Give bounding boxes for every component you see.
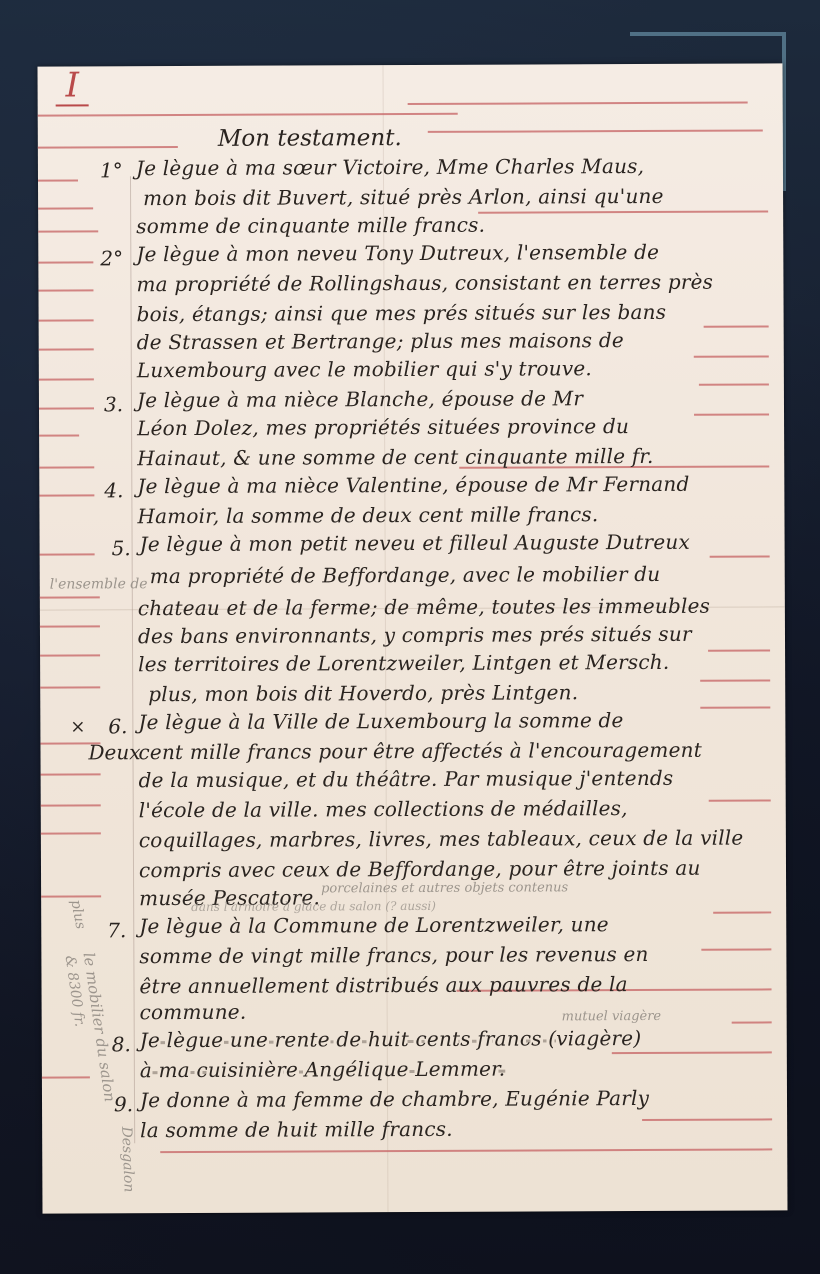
item-number: 6. [108, 714, 127, 738]
item-line: Hamoir, la somme de deux cent mille fran… [137, 502, 598, 528]
line-rule [699, 383, 769, 385]
margin-rule [38, 230, 98, 232]
item-number: 3. [104, 392, 123, 416]
item-number: 7. [107, 918, 126, 942]
item-number: 2° [100, 246, 123, 270]
item-line: somme de cinquante mille francs. [136, 213, 485, 239]
margin-note-pencil: le mobilier du salon [80, 951, 119, 1103]
margin-rule [42, 1076, 90, 1078]
margin-rule [41, 895, 101, 897]
item-line: plus, mon bois dit Hoverdo, près Lintgen… [148, 680, 578, 706]
margin-rule [41, 832, 101, 834]
margin-rule [39, 494, 94, 496]
margin-rule [39, 319, 94, 321]
item-line: coquillages, marbres, livres, mes tablea… [139, 826, 744, 853]
margin-rule [40, 553, 95, 555]
item-line: Je lègue à ma nièce Valentine, épouse de… [137, 472, 689, 498]
item-line: Je donne à ma femme de chambre, Eugénie … [140, 1086, 649, 1112]
item-line: cent mille francs pour être affectés à l… [138, 738, 702, 764]
item-line-struck: à ma cuisinière Angélique Lemmer. [140, 1057, 505, 1083]
line-rule [612, 1051, 772, 1053]
item-number: 1° [100, 158, 123, 182]
item-line: de Strassen et Bertrange; plus mes maiso… [137, 328, 624, 354]
item-line: Je lègue à la Commune de Lorentzweiler, … [139, 912, 609, 938]
item-line: Je lègue à ma nièce Blanche, épouse de M… [137, 386, 583, 412]
section-mark: I [56, 68, 90, 106]
margin-rule [40, 596, 100, 598]
top-rule [408, 102, 748, 105]
item-number: 5. [112, 536, 131, 560]
line-rule [710, 555, 770, 557]
item-line: Hainaut, & une somme de cent cinquante m… [137, 444, 653, 470]
margin-rule [40, 654, 100, 656]
line-rule [478, 210, 768, 213]
line-rule [713, 911, 771, 913]
margin-note-ink: Deux [88, 740, 140, 764]
line-rule [732, 1021, 772, 1023]
margin-rule [39, 378, 94, 380]
item-line: mon bois dit Buvert, situé près Arlon, a… [143, 184, 664, 210]
margin-rule [39, 407, 94, 409]
title-rule [428, 129, 763, 132]
item-line: compris avec ceux de Beffordange, pour ê… [139, 856, 701, 882]
item-line: Je lègue à mon neveu Tony Dutreux, l'ens… [136, 240, 659, 266]
item-line: la somme de huit mille francs. [140, 1117, 453, 1142]
margin-cross-mark: × [70, 716, 85, 737]
top-rule [38, 113, 458, 116]
item-line: Je lègue à la Ville de Luxembourg la som… [138, 708, 623, 734]
line-rule [701, 948, 771, 950]
item-line: Je lègue à ma sœur Victoire, Mme Charles… [136, 154, 644, 180]
interlinear-pencil-note: mutuel viagère [562, 1009, 662, 1024]
item-line: des bans environnants, y compris mes pré… [138, 622, 692, 648]
margin-rule [38, 289, 93, 291]
margin-rule [39, 348, 94, 350]
margin-rule [41, 804, 101, 806]
margin-note-pencil: l'ensemble de [50, 576, 148, 592]
interlinear-pencil-note: dans l'armoire à glace du salon (? aussi… [191, 899, 436, 914]
item-line: Luxembourg avec le mobilier qui s'y trou… [137, 356, 592, 382]
item-line: bois, étangs; ainsi que mes prés situés … [137, 300, 667, 326]
item-line-struck: Je lègue une rente de huit cents francs … [140, 1026, 642, 1052]
item-line: être annuellement distribués aux pauvres… [139, 972, 627, 998]
item-line: somme de vingt mille francs, pour les re… [139, 942, 648, 968]
margin-rule [39, 434, 79, 436]
bottom-rule [160, 1148, 772, 1152]
item-line: l'école de la ville. mes collections de … [139, 796, 628, 822]
item-line: Je lègue à mon petit neveu et filleul Au… [140, 530, 690, 556]
margin-line [130, 176, 135, 1143]
margin-rule [39, 466, 94, 468]
item-line: ma propriété de Beffordange, avec le mob… [150, 562, 661, 588]
item-line: les territoires de Lorentzweiler, Lintge… [138, 650, 669, 676]
manuscript-page: I Mon testament. 1° Je lègue à ma sœur V… [38, 63, 788, 1213]
line-rule [642, 1118, 772, 1120]
item-line: de la musique, et du théâtre. Par musiqu… [139, 766, 674, 792]
line-rule [700, 706, 770, 708]
item-line: Léon Dolez, mes propriétés situées provi… [137, 414, 629, 440]
line-rule [708, 649, 770, 651]
item-line: commune. [140, 1000, 247, 1024]
margin-rule [38, 261, 93, 263]
margin-note-pencil: Desgalon [118, 1126, 137, 1193]
line-rule [709, 799, 771, 801]
line-rule [704, 325, 769, 327]
margin-rule [40, 686, 100, 688]
interlinear-pencil-note: porcelaines et autres objets contenus [321, 880, 568, 896]
line-rule [700, 679, 770, 681]
title-rule [38, 146, 178, 148]
document-title: Mon testament. [218, 125, 402, 152]
item-line: ma propriété de Rollingshaus, consistant… [136, 270, 713, 297]
line-rule [694, 355, 769, 357]
item-number: 9. [114, 1092, 133, 1116]
item-line: chateau et de la ferme; de même, toutes … [138, 594, 710, 620]
margin-note-pencil: plus [67, 898, 88, 930]
item-number: 8. [112, 1032, 131, 1056]
margin-rule [41, 773, 101, 775]
margin-rule [40, 625, 100, 627]
margin-rule [38, 179, 78, 181]
line-rule [694, 413, 769, 415]
margin-rule [38, 207, 93, 209]
item-number: 4. [104, 478, 123, 502]
